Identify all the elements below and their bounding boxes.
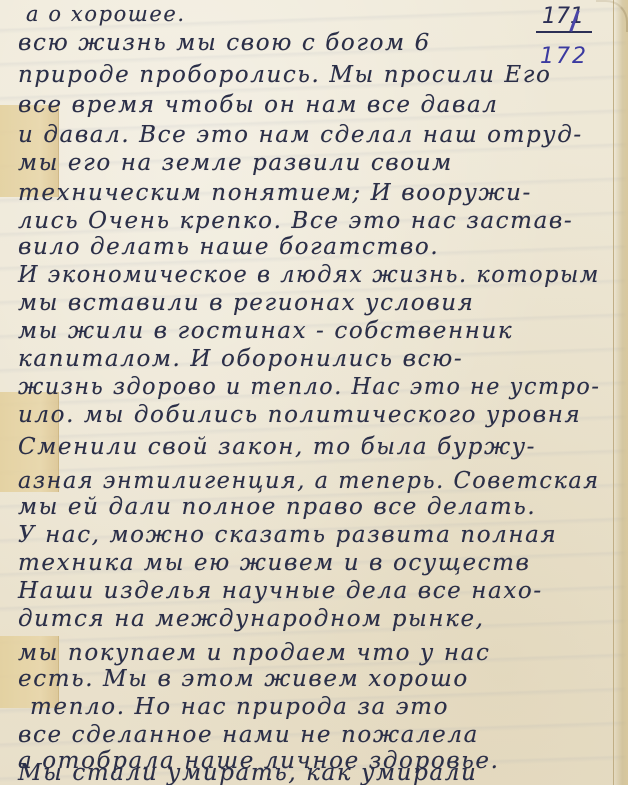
text-line: техника мы ею живем и в осуществ [18,550,531,576]
text-line: а о хорошее. [26,2,186,26]
text-line: Сменили свой закон, то была буржу- [18,434,536,460]
text-line: жизнь здорово и тепло. Нас это не устро- [18,374,600,400]
text-line: лись Очень крепко. Все это нас застав- [18,208,573,234]
text-line: мы покупаем и продаем что у нас [18,640,490,666]
text-line: капиталом. И оборонились всю- [18,346,463,372]
text-line: вило делать наше богатство. [18,234,439,260]
text-line: все время чтобы он нам все давал [18,92,499,118]
page-number-struck: 171 [536,4,592,33]
text-line: мы жили в гостинах - собственник [18,318,513,344]
text-line: есть. Мы в этом живем хорошо [18,666,469,692]
text-line: У нас, можно сказать развита полная [18,522,557,548]
text-line: все сделанное нами не пожалела [18,722,479,748]
text-line: техническим понятием; И вооружи- [18,180,532,206]
text-line: мы ей дали полное право все делать. [18,494,536,520]
text-line: ило. мы добились политического уровня [18,402,581,428]
text-line: Наши изделья научные дела все нахо- [18,578,543,604]
text-line: и давал. Все это нам сделал наш отруд- [18,122,583,148]
text-line: азная энтилигенция, а теперь. Советская [18,468,600,494]
text-line: природе проборолись. Мы просили Его [18,62,551,88]
manuscript-page: 171 172 а о хорошее. всю жизнь мы свою с… [0,0,628,785]
text-line: дится на международном рынке, [18,606,485,632]
text-line: мы вставили в регионах условия [18,290,474,316]
page-edge [613,0,628,785]
text-line: тепло. Но нас природа за это [30,694,449,720]
text-line: мы его на земле развили своим [18,150,453,176]
text-line: И экономическое в людях жизнь. которым [18,262,600,288]
text-line: Мы стали умирать, как умирали [18,760,477,785]
text-line: всю жизнь мы свою с богом 6 [18,30,431,56]
